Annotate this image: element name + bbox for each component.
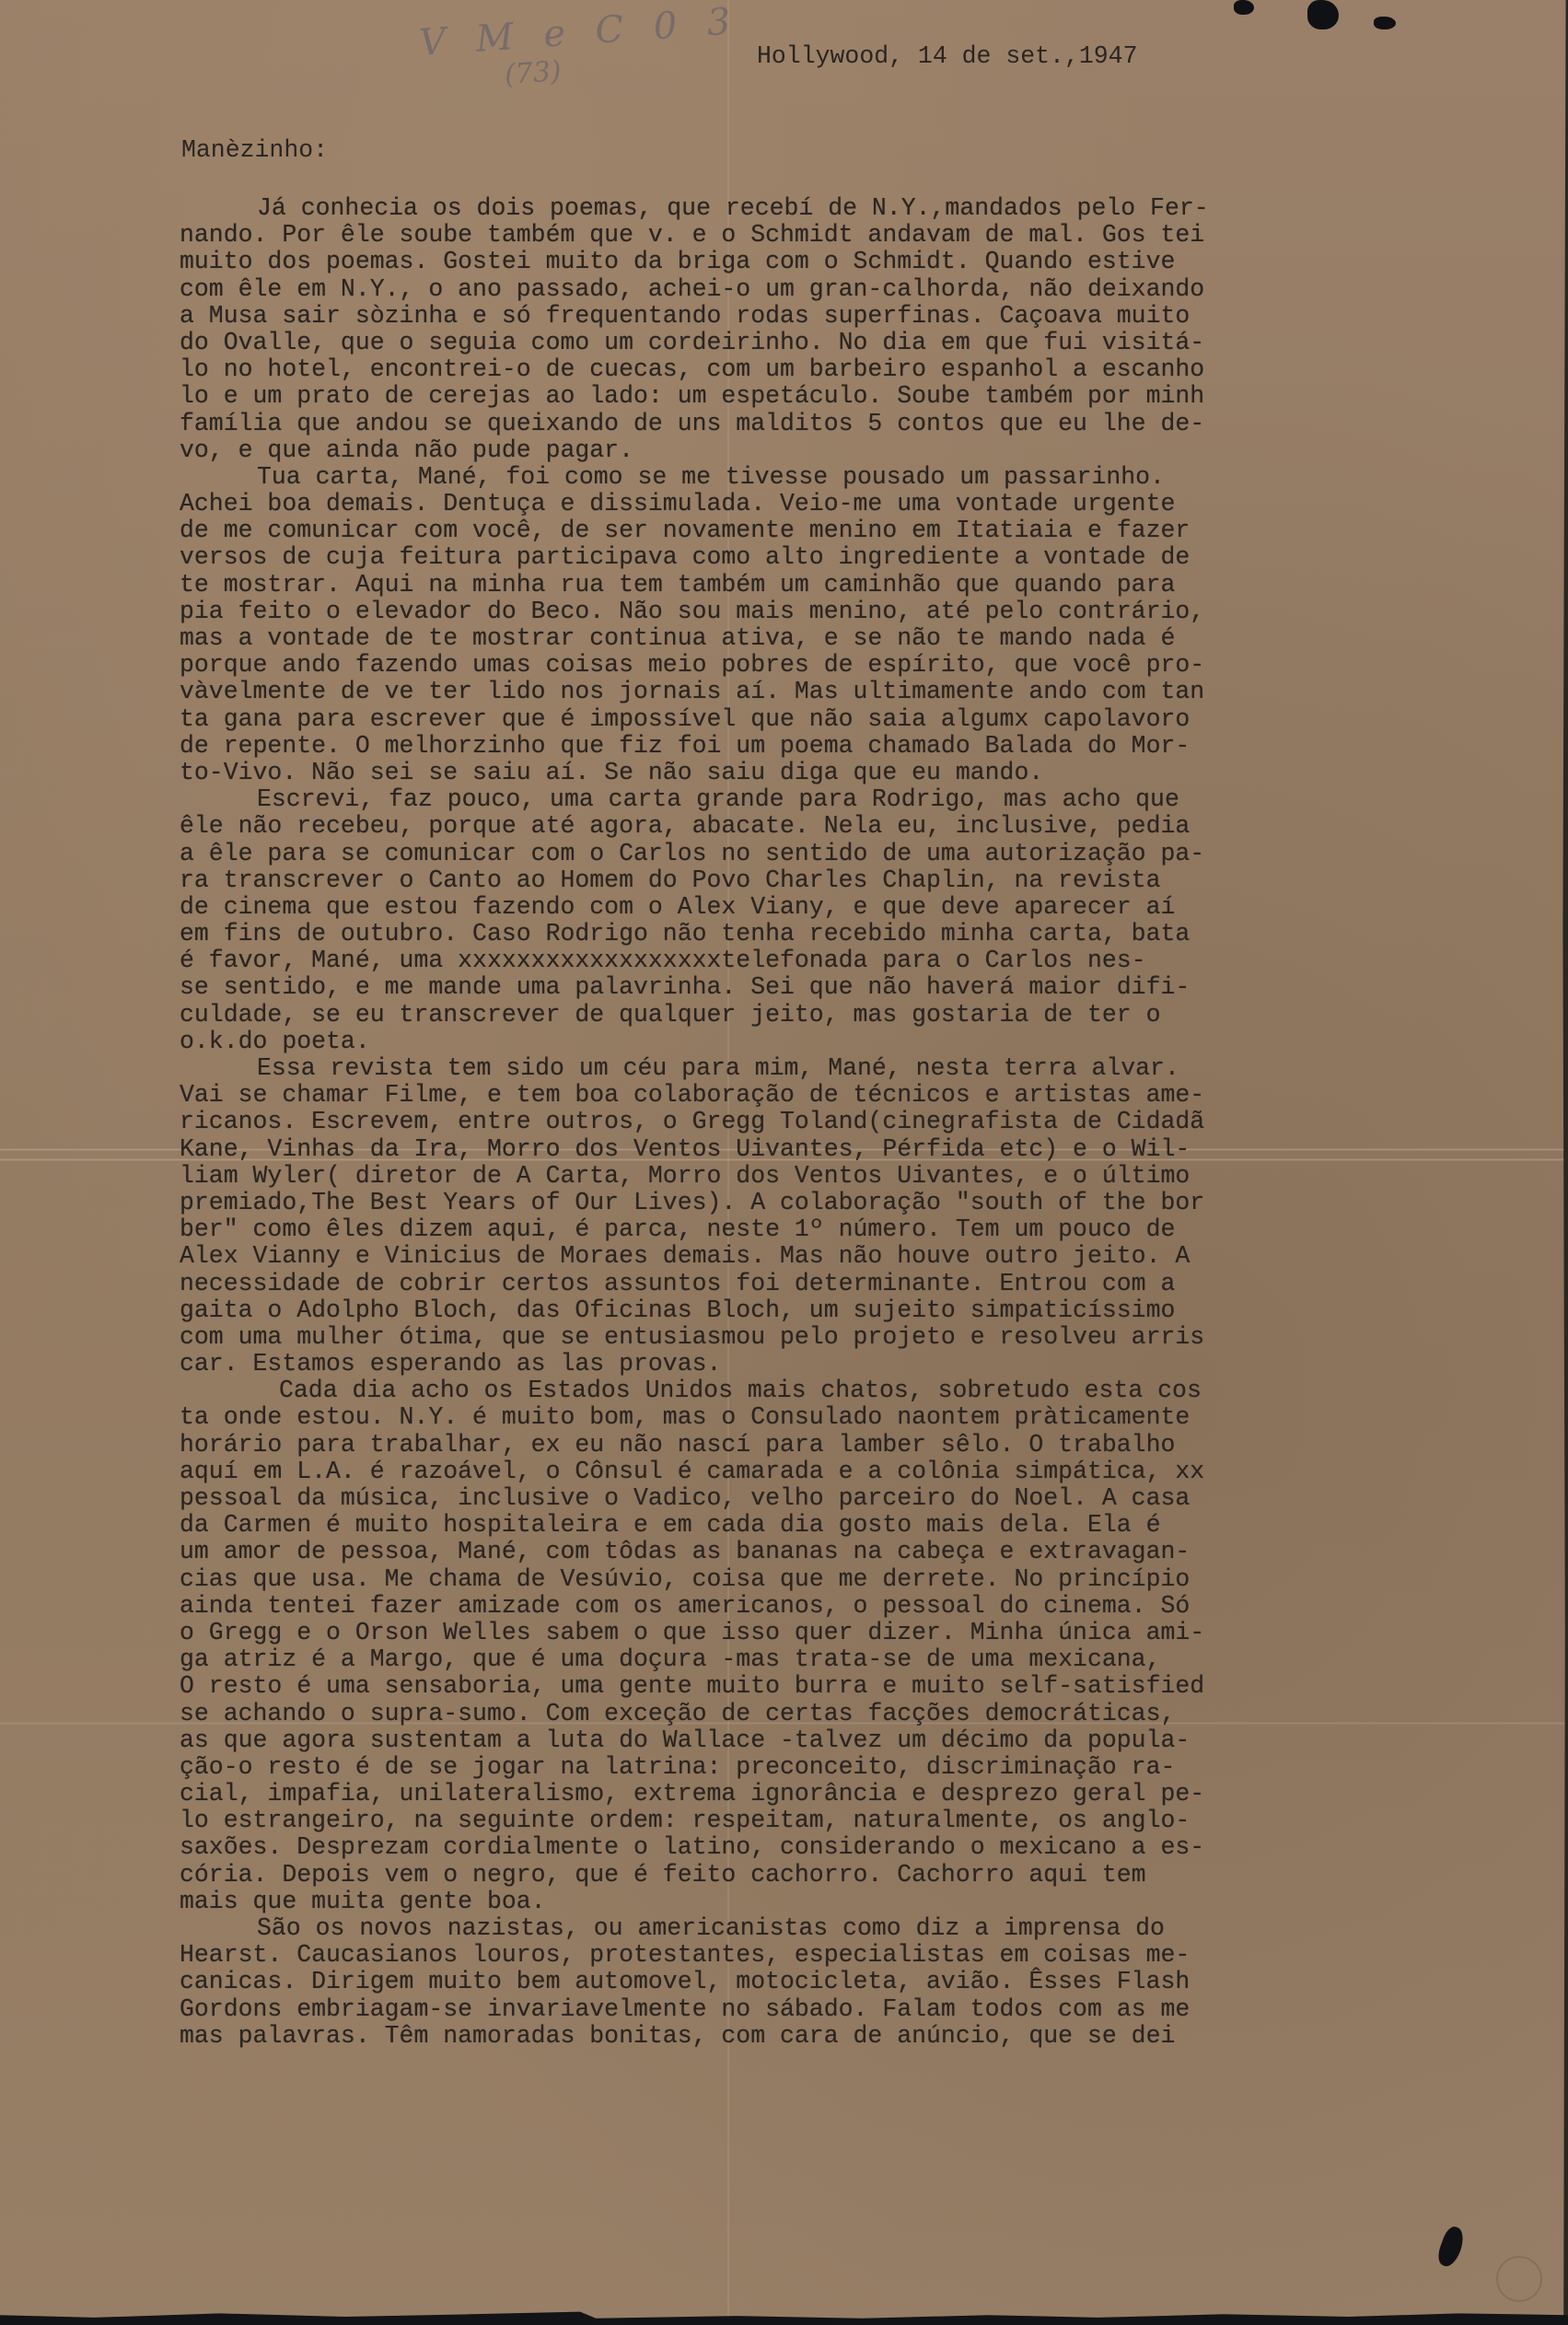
paper-edge-bottom [0, 2308, 1568, 2325]
letter-line: ta gana para escrever que é impossível q… [180, 706, 1209, 733]
paper-tear-hole [1374, 17, 1396, 29]
letter-line: é favor, Mané, uma xxxxxxxxxxxxxxxxxxtel… [180, 947, 1209, 974]
letter-line: lo estrangeiro, na seguinte ordem: respe… [180, 1808, 1209, 1834]
letter-line: com êle em N.Y., o ano passado, achei-o … [180, 276, 1209, 303]
letter-line: se sentido, e me mande uma palavrinha. S… [180, 974, 1209, 1001]
letter-line: liam Wyler( diretor de A Carta, Morro do… [180, 1163, 1209, 1190]
letter-line: do Ovalle, que o seguia como um cordeiri… [180, 330, 1209, 356]
letter-line: ber" como êles dizem aqui, é parca, nest… [180, 1216, 1209, 1243]
letter-line: pessoal da música, inclusive o Vadico, v… [180, 1485, 1209, 1512]
letter-line: Alex Vianny e Vinicius de Moraes demais.… [180, 1243, 1209, 1270]
letter-line: as que agora sustentam a luta do Wallace… [180, 1727, 1209, 1754]
letter-line: ainda tentei fazer amizade com os americ… [180, 1593, 1209, 1620]
letter-line: horário para trabalhar, ex eu não nascí … [180, 1432, 1209, 1459]
letter-line: ção-o resto é de se jogar na latrina: pr… [180, 1754, 1209, 1781]
letter-line: êle não recebeu, porque até agora, abaca… [180, 813, 1209, 840]
letter-line: culdade, se eu transcrever de qualquer j… [180, 1002, 1209, 1029]
paper-tear-hole [1307, 0, 1339, 29]
letter-line: vàvelmente de ve ter lido nos jornais aí… [180, 679, 1209, 705]
letter-line: um amor de pessoa, Mané, com tôdas as ba… [180, 1539, 1209, 1565]
letter-line: ta onde estou. N.Y. é muito bom, mas o C… [180, 1404, 1209, 1431]
letter-line: nando. Por êle soube também que v. e o S… [180, 222, 1209, 249]
letter-line: se achando o supra-sumo. Com exceção de … [180, 1701, 1209, 1727]
paper-tear-hole [1434, 2225, 1468, 2270]
letter-line: Vai se chamar Filme, e tem boa colaboraç… [180, 1082, 1209, 1109]
letter-line: premiado,The Best Years of Our Lives). A… [180, 1190, 1209, 1216]
letter-line: lo no hotel, encontrei-o de cuecas, com … [180, 356, 1209, 383]
letter-line: cias que usa. Me chama de Vesúvio, coisa… [180, 1566, 1209, 1593]
letter-line: saxões. Desprezam cordialmente o latino,… [180, 1834, 1209, 1861]
letter-line: aquí em L.A. é razoável, o Cônsul é cama… [180, 1459, 1209, 1485]
letter-line: mas a vontade de te mostrar continua ati… [180, 625, 1209, 652]
letter-line: ga atriz é a Margo, que é uma doçura -ma… [180, 1646, 1209, 1673]
letter-paper: V M e C 0 3 (73) Hollywood, 14 de set.,1… [0, 0, 1568, 2325]
letter-line: Hearst. Caucasianos louros, protestantes… [180, 1942, 1209, 1969]
letter-line: Escrevi, faz pouco, uma carta grande par… [180, 786, 1209, 813]
pencil-annotation-number: (73) [504, 55, 563, 91]
letter-line: da Carmen é muito hospitaleira e em cada… [180, 1512, 1209, 1539]
letter-line: vo, e que ainda não pude pagar. [180, 437, 1209, 464]
letter-line: mais que muita gente boa. [180, 1889, 1209, 1915]
letter-line: to-Vivo. Não sei se saiu aí. Se não saiu… [180, 760, 1209, 786]
letter-line: Gordons embriagam-se invariavelmente no … [180, 1996, 1209, 2023]
letter-line: Tua carta, Mané, foi como se me tivesse … [180, 464, 1209, 491]
letter-line: de repente. O melhorzinho que fiz foi um… [180, 733, 1209, 760]
letter-line: muito dos poemas. Gostei muito da briga … [180, 249, 1209, 275]
letter-salutation: Manèzinho: [181, 136, 328, 164]
letter-line: lo e um prato de cerejas ao lado: um esp… [180, 383, 1209, 410]
letter-line: Já conhecia os dois poemas, que recebí d… [180, 195, 1209, 222]
letter-line: versos de cuja feitura participava como … [180, 544, 1209, 571]
letter-line: de cinema que estou fazendo com o Alex V… [180, 894, 1209, 921]
letter-line: cial, impafia, unilateralismo, extrema i… [180, 1781, 1209, 1808]
letter-body: Já conhecia os dois poemas, que recebí d… [180, 195, 1209, 2050]
letter-line: O resto é uma sensaboria, uma gente muit… [180, 1673, 1209, 1700]
letter-line: família que andou se queixando de uns ma… [180, 411, 1209, 437]
letter-dateline: Hollywood, 14 de set.,1947 [757, 42, 1137, 70]
letter-line: pia feito o elevador do Beco. Não sou ma… [180, 599, 1209, 625]
letter-line: Achei boa demais. Dentuça e dissimulada.… [180, 491, 1209, 517]
letter-line: São os novos nazistas, ou americanistas … [180, 1915, 1209, 1942]
letter-line: ra transcrever o Canto ao Homem do Povo … [180, 867, 1209, 894]
letter-line: a Musa sair sòzinha e só frequentando ro… [180, 303, 1209, 330]
faint-stamp-circle [1496, 2256, 1542, 2302]
letter-line: canicas. Dirigem muito bem automovel, mo… [180, 1969, 1209, 1995]
paper-tear-hole [1234, 0, 1254, 15]
letter-line: car. Estamos esperando as las provas. [180, 1351, 1209, 1378]
paper-edge-right [1561, 0, 1568, 2325]
letter-line: te mostrar. Aqui na minha rua tem também… [180, 572, 1209, 599]
letter-line: Cada dia acho os Estados Unidos mais cha… [180, 1378, 1209, 1404]
letter-line: Essa revista tem sido um céu para mim, M… [180, 1055, 1209, 1082]
letter-line: mas palavras. Têm namoradas bonitas, com… [180, 2023, 1209, 2050]
letter-line: a êle para se comunicar com o Carlos no … [180, 841, 1209, 867]
letter-line: necessidade de cobrir certos assuntos fo… [180, 1271, 1209, 1297]
pencil-annotation: V M e C 0 3 [418, 0, 741, 64]
letter-line: Kane, Vinhas da Ira, Morro dos Ventos Ui… [180, 1136, 1209, 1163]
letter-line: de me comunicar com você, de ser novamen… [180, 517, 1209, 544]
letter-line: cória. Depois vem o negro, que é feito c… [180, 1862, 1209, 1889]
letter-line: com uma mulher ótima, que se entusiasmou… [180, 1324, 1209, 1351]
letter-line: porque ando fazendo umas coisas meio pob… [180, 652, 1209, 679]
letter-line: ricanos. Escrevem, entre outros, o Gregg… [180, 1109, 1209, 1135]
letter-line: gaita o Adolpho Bloch, das Oficinas Bloc… [180, 1297, 1209, 1324]
letter-line: o Gregg e o Orson Welles sabem o que iss… [180, 1620, 1209, 1646]
letter-line: o.k.do poeta. [180, 1029, 1209, 1055]
letter-line: em fins de outubro. Caso Rodrigo não ten… [180, 921, 1209, 947]
